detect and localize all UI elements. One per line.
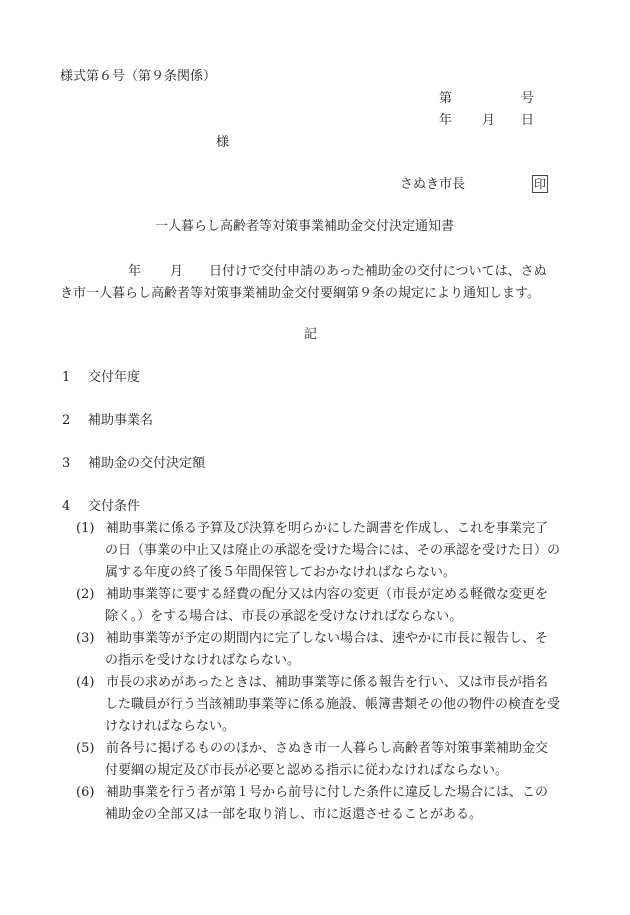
condition-6-line-2: 補助金の全部又は一部を取り消し、市に返還させることがある。 — [105, 807, 482, 823]
condition-number: (1) — [76, 521, 106, 537]
condition-1-line-2: の日（事業の中止又は廃止の承認を受けた場合には、その承認を受けた日）の — [105, 543, 560, 559]
condition-number: (4) — [76, 675, 106, 691]
condition-3-line-2: の指示を受けなければならない。 — [105, 653, 300, 669]
condition-text: 補助事業に係る予算及び決算を明らかにした調書を作成し、これを事業完了 — [106, 521, 548, 536]
date-day: 日 — [521, 113, 534, 129]
item-number: 1 — [62, 370, 88, 386]
body-line-1: 日付けで交付申請のあった補助金の交付については、さぬ — [209, 264, 547, 280]
condition-text: 市長の求めがあったときは、補助事業等に係る報告を行い、又は市長が指名 — [106, 675, 548, 690]
condition-1-line-3: 属する年度の終了後５年間保管しておかなければならない。 — [105, 565, 456, 581]
body-year: 年 — [128, 264, 141, 280]
condition-number: (6) — [76, 785, 106, 801]
body-month: 月 — [170, 264, 183, 280]
item-3: 3補助金の交付決定額 — [62, 456, 205, 472]
condition-text: 補助事業を行う者が第１号から前号に付した条件に違反した場合には、この — [106, 785, 548, 800]
item-number: 4 — [62, 499, 88, 515]
condition-text: 補助事業等に要する経費の配分又は内容の変更（市長が定める軽微な変更を — [106, 587, 548, 602]
date-month: 月 — [482, 113, 495, 129]
condition-text: 補助事業等が予定の期間内に完了しない場合は、速やかに市長に報告し、そ — [106, 631, 548, 646]
condition-text: 前各号に掲げるもののほか、さぬき市一人暮らし高齢者等対策事業補助金交 — [106, 741, 548, 756]
item-label: 補助金の交付決定額 — [88, 456, 205, 471]
condition-4: (4)市長の求めがあったときは、補助事業等に係る報告を行い、又は市長が指名 — [76, 675, 548, 691]
condition-2: (2)補助事業等に要する経費の配分又は内容の変更（市長が定める軽微な変更を — [76, 587, 548, 603]
item-label: 交付条件 — [88, 499, 140, 514]
condition-number: (3) — [76, 631, 106, 647]
condition-number: (2) — [76, 587, 106, 603]
item-number: 2 — [62, 413, 88, 429]
condition-4-line-3: けなければならない。 — [105, 719, 235, 735]
condition-2-line-2: 除く。）をする場合は、市長の承認を受けなければならない。 — [105, 609, 462, 625]
doc-number-prefix: 第 — [439, 91, 452, 107]
seal-icon: 印 — [532, 175, 548, 193]
item-1: 1交付年度 — [62, 370, 140, 386]
condition-number: (5) — [76, 741, 106, 757]
condition-5-line-2: 付要綱の規定及び市長が必要と認める指示に従わなければならない。 — [105, 763, 508, 779]
condition-1: (1)補助事業に係る予算及び決算を明らかにした調書を作成し、これを事業完了 — [76, 521, 548, 537]
item-number: 3 — [62, 456, 88, 472]
document-title: 一人暮らし高齢者等対策事業補助金交付決定通知書 — [155, 219, 454, 235]
condition-4-line-2: した職員が行う当該補助事業等に係る施設、帳簿書類その他の物件の検査を受 — [105, 697, 560, 713]
condition-6: (6)補助事業を行う者が第１号から前号に付した条件に違反した場合には、この — [76, 785, 548, 801]
addressee-suffix: 様 — [216, 135, 229, 151]
date-year: 年 — [439, 113, 452, 129]
condition-3: (3)補助事業等が予定の期間内に完了しない場合は、速やかに市長に報告し、そ — [76, 631, 548, 647]
item-2: 2補助事業名 — [62, 413, 153, 429]
body-line-2: き市一人暮らし高齢者等対策事業補助金交付要綱第９条の規定により通知します。 — [60, 286, 540, 302]
ki-heading: 記 — [304, 327, 317, 343]
item-4: 4交付条件 — [62, 499, 140, 515]
form-number: 様式第６号（第９条関係） — [60, 69, 216, 85]
doc-number-suffix: 号 — [521, 91, 534, 107]
item-label: 補助事業名 — [88, 413, 153, 428]
condition-5: (5)前各号に掲げるもののほか、さぬき市一人暮らし高齢者等対策事業補助金交 — [76, 741, 548, 757]
issuer: さぬき市長 — [400, 177, 465, 193]
item-label: 交付年度 — [88, 370, 140, 385]
